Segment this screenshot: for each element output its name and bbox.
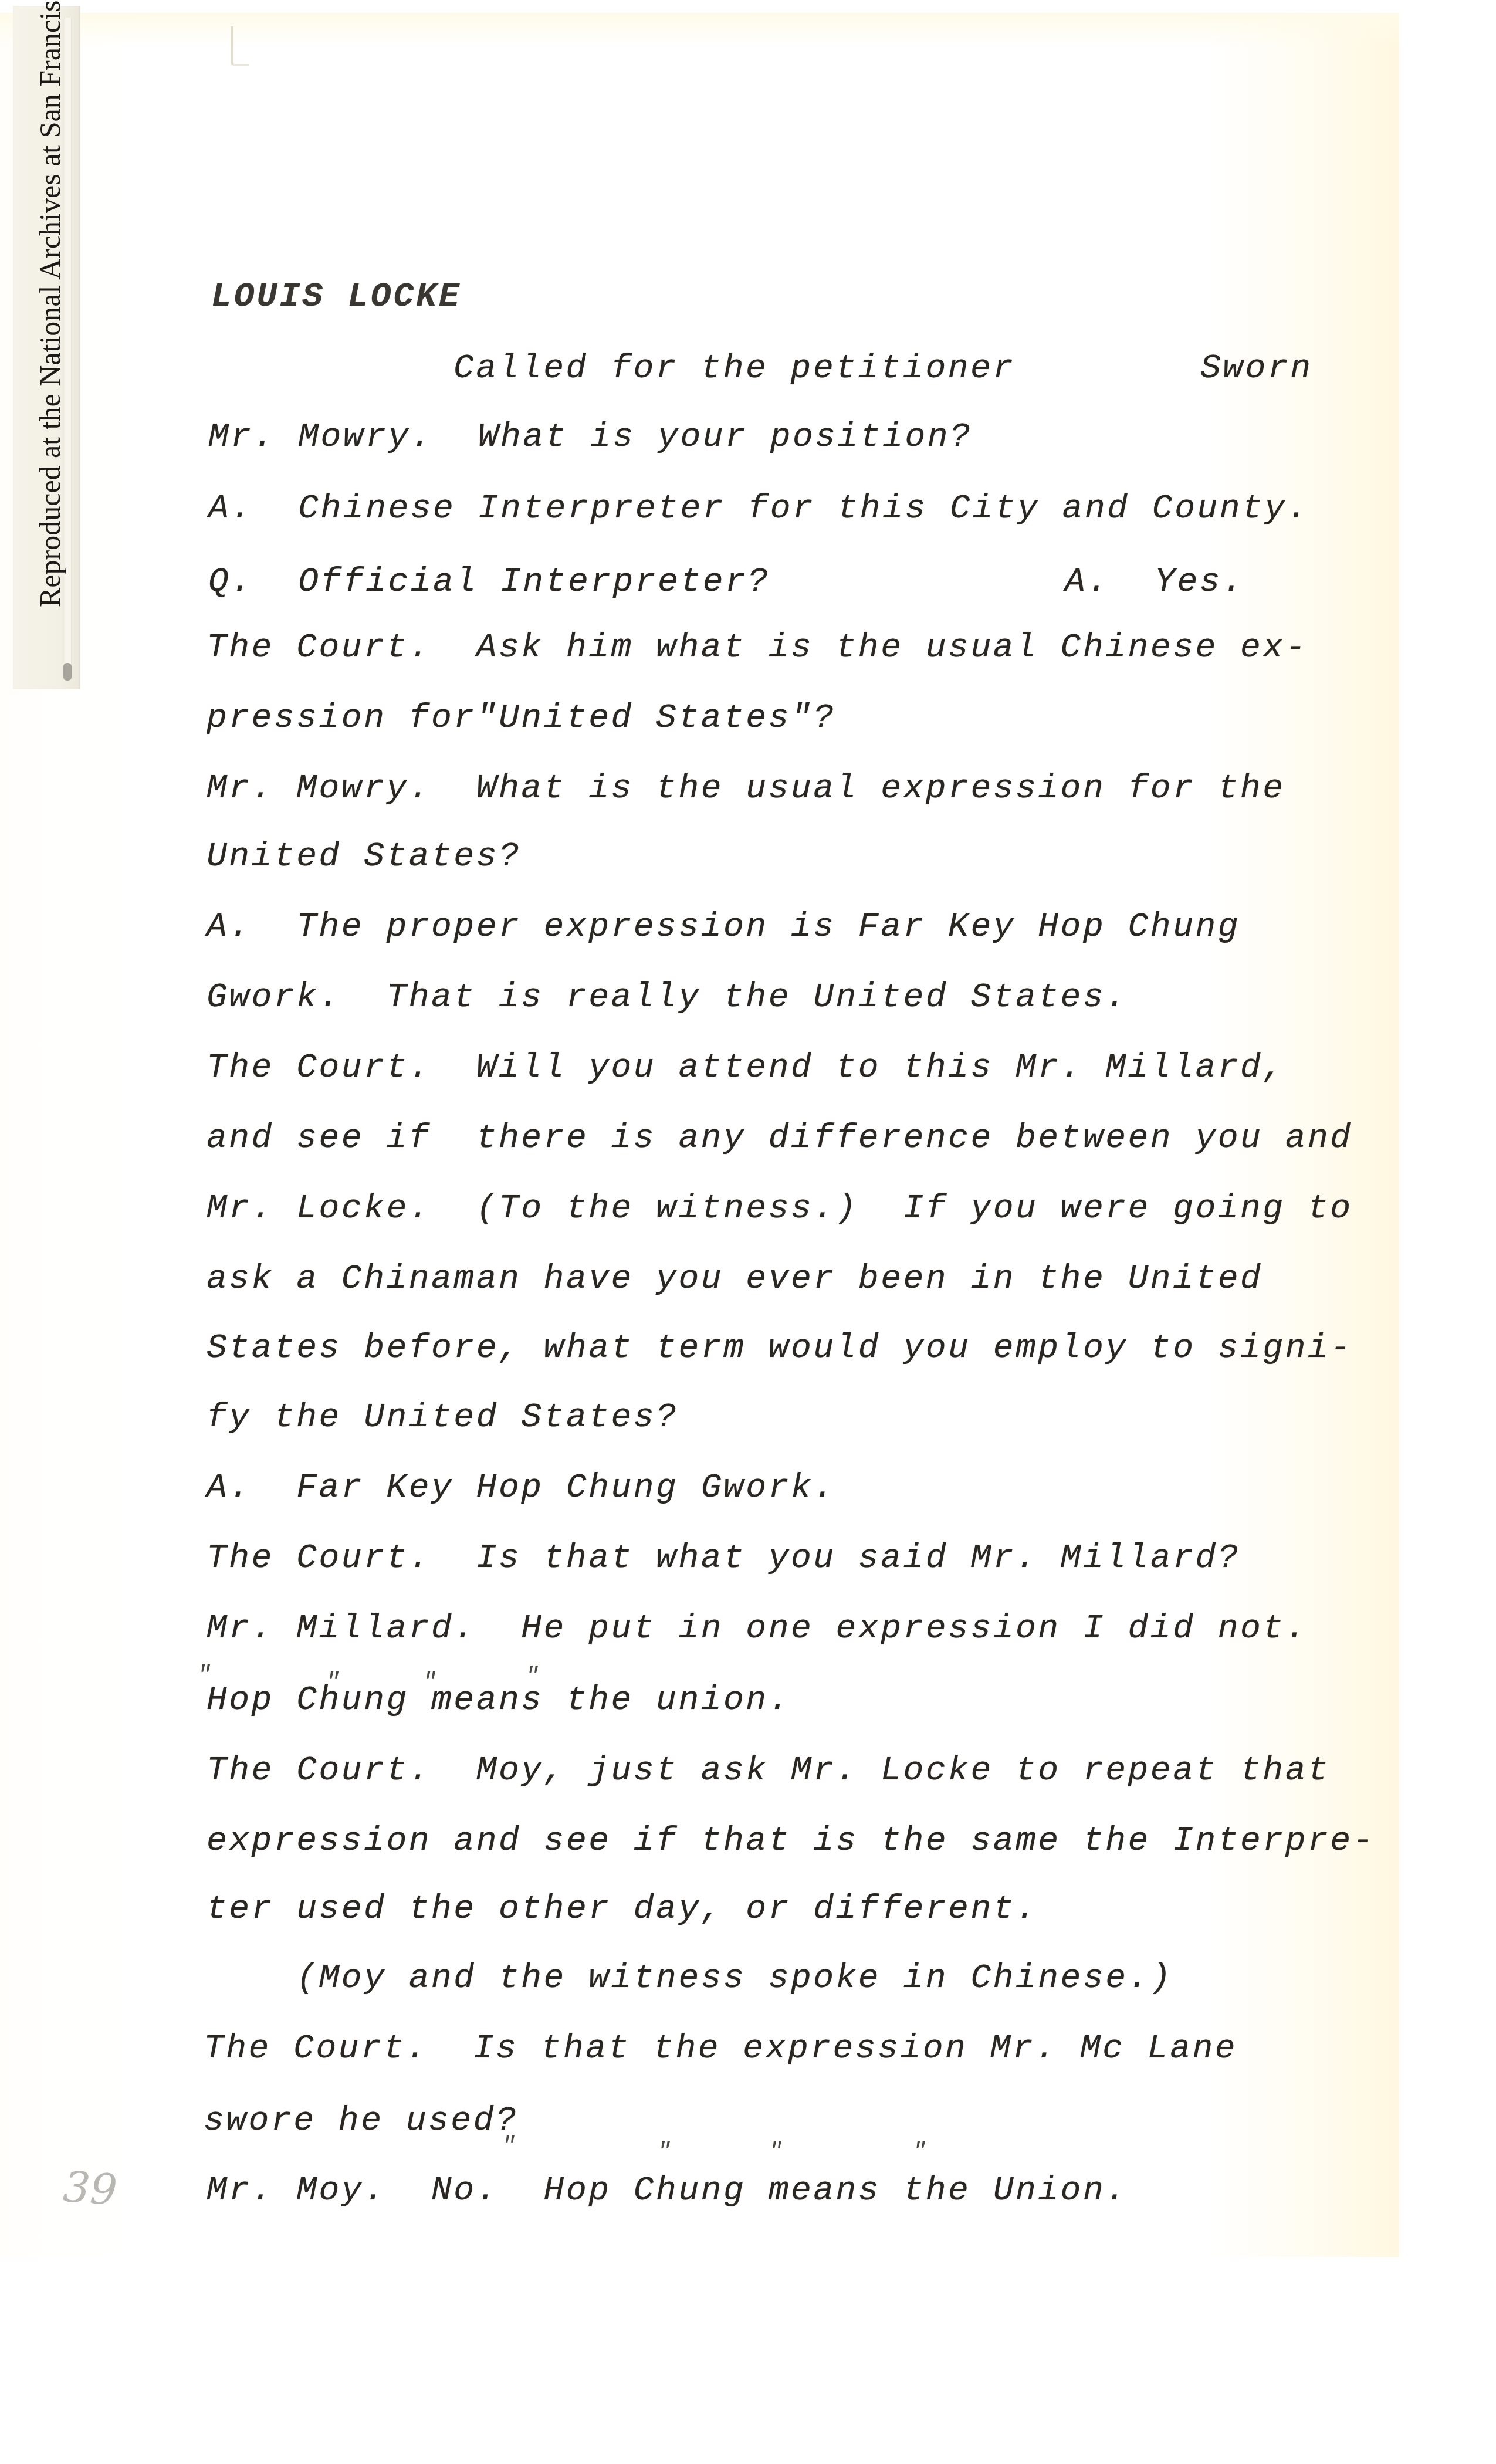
transcript-line: swore he used? [204,2104,518,2138]
transcript-line: Mr. Mowry. What is the usual expression … [207,772,1285,806]
transcript-line: ter used the other day, or different. [207,1893,1038,1927]
quote-mark: " [912,2141,926,2165]
transcript-line: Mr. Moy. No. Hop Chung means the Union. [207,2174,1128,2208]
transcript-line: ask a Chinaman have you ever been in the… [207,1263,1263,1297]
transcript-line: Hop Chung means the union. [207,1684,791,1718]
transcript-line: A. The proper expression is Far Key Hop … [207,911,1240,945]
witness-name: LOUIS LOCKE [211,280,462,314]
transcript-line: States before, what term would you emplo… [207,1332,1353,1366]
transcript-line: Q. Official Interpreter? [208,566,770,600]
sworn-label: Sworn [1200,352,1313,386]
transcript-line: Mr. Millard. He put in one expression I … [207,1612,1308,1646]
pin-mark [231,26,249,66]
transcript-line: The Court. Is that the expression Mr. Mc… [204,2032,1237,2066]
transcript-line: and see if there is any difference betwe… [207,1122,1353,1156]
transcript-answer-aside: A. Yes. [1065,566,1244,600]
transcript-line: The Court. Is that what you said Mr. Mil… [207,1542,1240,1576]
transcript-line: United States? [207,840,521,874]
transcript-line: pression for"United States"? [207,702,836,736]
transcript-line: Mr. Locke. (To the witness.) If you were… [207,1192,1353,1226]
transcript-line: The Court. Ask him what is the usual Chi… [207,631,1308,665]
transcript-stage-direction: (Moy and the witness spoke in Chinese.) [207,1962,1173,1996]
quote-mark: " [657,2141,671,2165]
transcript-line: Gwork. That is really the United States. [207,981,1128,1015]
transcript-line: The Court. Will you attend to this Mr. M… [207,1051,1285,1085]
transcript-line: Mr. Mowry. What is your position? [208,421,972,455]
archive-stamp-text: Reproduced at the National Archives at S… [33,0,67,607]
handwritten-page-number: 39 [62,2165,119,2211]
clip-mark [63,663,72,681]
called-for-line: Called for the petitioner [453,352,1016,386]
transcript-line: The Court. Moy, just ask Mr. Locke to re… [207,1754,1330,1788]
quote-mark: " [769,2141,783,2165]
transcript-line: A. Chinese Interpreter for this City and… [208,492,1309,526]
transcript-line: expression and see if that is the same t… [207,1825,1375,1859]
paper-tint [0,13,1399,48]
quote-mark: " [502,2135,516,2159]
transcript-line: fy the United States? [207,1401,678,1435]
transcript-line: A. Far Key Hop Chung Gwork. [207,1471,836,1505]
